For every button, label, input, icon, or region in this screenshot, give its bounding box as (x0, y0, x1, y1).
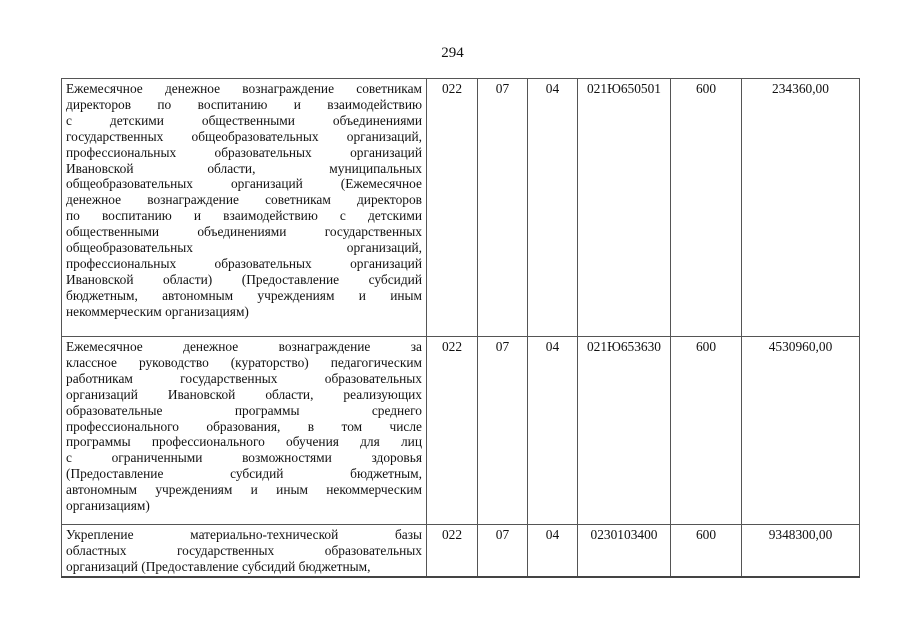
description-line: профессиональных образовательных организ… (66, 256, 422, 272)
expense-type-code: 600 (671, 525, 742, 577)
budget-table: Ежемесячное денежное вознаграждение сове… (61, 78, 860, 578)
description-line: некоммерческим организациям) (66, 304, 422, 320)
target-article-code: 021Ю653630 (578, 337, 671, 525)
expense-type-code: 600 (671, 79, 742, 337)
subsection-code: 04 (528, 337, 578, 525)
expense-description: Ежемесячное денежное вознаграждение закл… (62, 337, 427, 525)
description-line: с детскими общественными объединениями (66, 113, 422, 129)
description-line: по воспитанию и взаимодействию с детским… (66, 208, 422, 224)
description-line: Ежемесячное денежное вознаграждение за (66, 339, 422, 355)
description-line: программы профессионального обучения для… (66, 434, 422, 450)
grbs-code: 022 (427, 79, 478, 337)
description-line: Укрепление материально-технической базы (66, 527, 422, 543)
description-line: государственных общеобразовательных орга… (66, 129, 422, 145)
expense-type-code: 600 (671, 337, 742, 525)
amount: 4530960,00 (742, 337, 860, 525)
description-line: Ивановской области, муниципальных (66, 161, 422, 177)
amount: 234360,00 (742, 79, 860, 337)
description-line: бюджетным, автономным учреждениям и иным (66, 288, 422, 304)
description-line: образовательные программы среднего (66, 403, 422, 419)
description-line: организаций Ивановской области, реализую… (66, 387, 422, 403)
description-line: общественными объединениями государствен… (66, 224, 422, 240)
description-line: Ежемесячное денежное вознаграждение сове… (66, 81, 422, 97)
description-line: организациям) (66, 498, 422, 514)
description-line: автономным учреждениям и иным некоммерче… (66, 482, 422, 498)
subsection-code: 04 (528, 79, 578, 337)
grbs-code: 022 (427, 525, 478, 577)
description-line: работникам государственных образовательн… (66, 371, 422, 387)
target-article-code: 021Ю650501 (578, 79, 671, 337)
description-line: общеобразовательных организаций, (66, 240, 422, 256)
grbs-code: 022 (427, 337, 478, 525)
description-line: профессионального образования, в том чис… (66, 419, 422, 435)
description-line: с ограниченными возможностями здоровья (66, 450, 422, 466)
section-code: 07 (478, 337, 528, 525)
expense-description: Ежемесячное денежное вознаграждение сове… (62, 79, 427, 337)
page-number: 294 (0, 44, 905, 62)
table-row: Укрепление материально-технической базыо… (62, 525, 860, 577)
description-line: классное руководство (кураторство) педаг… (66, 355, 422, 371)
description-line: организаций (Предоставление субсидий бюд… (66, 559, 422, 575)
description-line: Ивановской области) (Предоставление субс… (66, 272, 422, 288)
amount: 9348300,00 (742, 525, 860, 577)
table-row: Ежемесячное денежное вознаграждение закл… (62, 337, 860, 525)
section-code: 07 (478, 79, 528, 337)
expense-description: Укрепление материально-технической базыо… (62, 525, 427, 577)
description-line: областных государственных образовательны… (66, 543, 422, 559)
target-article-code: 0230103400 (578, 525, 671, 577)
table-row: Ежемесячное денежное вознаграждение сове… (62, 79, 860, 337)
subsection-code: 04 (528, 525, 578, 577)
description-line: общеобразовательных организаций (Ежемеся… (66, 176, 422, 192)
description-line: директоров по воспитанию и взаимодействи… (66, 97, 422, 113)
description-line: денежное вознаграждение советникам дирек… (66, 192, 422, 208)
description-line: (Предоставление субсидий бюджетным, (66, 466, 422, 482)
section-code: 07 (478, 525, 528, 577)
description-line: профессиональных образовательных организ… (66, 145, 422, 161)
